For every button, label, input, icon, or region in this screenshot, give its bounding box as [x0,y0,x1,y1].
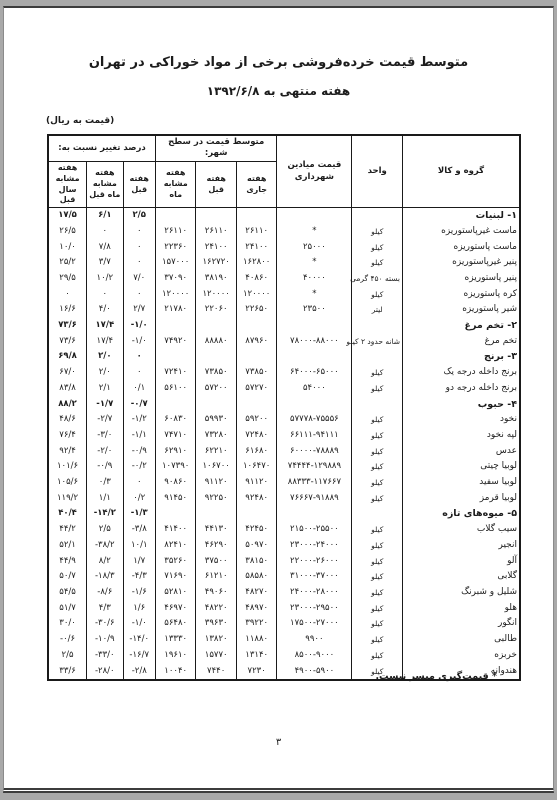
pct-prev-week-cell: -۴/۳ [123,569,155,585]
goods-name: لپه نخود [403,428,520,444]
pct-similar-year-cell: ۵۲/۱ [48,538,87,554]
item-row: انگورکیلو۱۷۵۰۰-۲۷۰۰۰۳۹۲۲۰۳۹۶۳۰۵۶۴۸۰-۱/۰-… [48,616,520,632]
goods-name: برنج داخله درجه یک [403,365,520,381]
similar-week-month-price-cell: ۵۲۸۱۰ [155,585,196,601]
pct-similar-year-cell: ۰ [48,287,87,303]
pct-similar-year-cell: ۴۴/۲ [48,522,87,538]
prev-week-price-cell [196,208,237,224]
similar-week-month-price-cell: ۱۲۰۰۰۰ [155,287,196,303]
municipal-squares-price-cell: ۶۶۱۱۱-۹۴۱۱۱ [277,428,352,444]
pct-similar-month-cell: -۲/۷ [87,412,123,428]
current-week-price-cell: ۱۳۱۴۰ [236,648,277,664]
similar-week-month-price-cell: ۷۲۴۱۰ [155,365,196,381]
goods-name: ۱- لبنیات [403,208,520,224]
similar-week-month-price-cell [155,506,196,522]
current-week-price-cell: ۸۷۹۶۰ [236,334,277,350]
prev-week-price-cell: ۶۲۲۱۰ [196,444,237,460]
pct-similar-month-cell: -۱۴/۲ [87,506,123,522]
pct-similar-month-cell: ۲/۰ [87,349,123,365]
municipal-squares-price-cell: ۷۴۴۴۴-۱۲۹۸۸۹ [277,459,352,475]
prev-week-price-cell: ۱۳۸۲۰ [196,632,237,648]
pct-similar-month-cell: -۳۸/۲ [87,538,123,554]
similar-week-month-price-cell [155,349,196,365]
municipal-squares-price-cell: ۲۱۵۰۰-۲۵۵۰۰ [277,522,352,538]
municipal-squares-price-cell: ۷۶۶۶۷-۹۱۸۸۹ [277,491,352,507]
pct-prev-week-cell: -۳/۸ [123,522,155,538]
unit-cell: کیلو [352,365,403,381]
item-row: کره پاستوریزهکیلو*۱۲۰۰۰۰۱۲۰۰۰۰۱۲۰۰۰۰۰۰۰ [48,287,520,303]
pct-similar-month-cell: ۰ [87,287,123,303]
goods-name: خربزه [403,648,520,664]
similar-week-month-price-cell: ۹۱۴۵۰ [155,491,196,507]
header-pct-prev-week: هفته قبل [123,161,155,207]
current-week-price-cell: ۲۲۶۵۰ [236,302,277,318]
current-week-price-cell: ۱۲۰۰۰۰ [236,287,277,303]
item-row: لوبیا سفیدکیلو۸۸۳۳۳-۱۱۷۶۶۷۹۱۱۲۰۹۱۱۲۰۹۰۸۶… [48,475,520,491]
similar-week-month-price-cell: ۳۷۰۹۰ [155,271,196,287]
municipal-squares-price-cell: ۲۵۰۰۰ [277,240,352,256]
municipal-squares-price-cell: ۷۸۰۰۰-۸۸۰۰۰ [277,334,352,350]
prev-week-price-cell: ۹۱۱۲۰ [196,475,237,491]
pct-similar-year-cell: ۳۰/۰ [48,616,87,632]
current-week-price-cell: ۷۲۳۰ [236,664,277,681]
goods-name: سیب گلاب [403,522,520,538]
unit-cell: شانه حدود ۲ کیلو [352,334,403,350]
prev-week-price-cell: ۳۹۶۳۰ [196,616,237,632]
prev-week-price-cell: ۸۸۸۸۰ [196,334,237,350]
pct-prev-week-cell: ۰ [123,349,155,365]
municipal-squares-price-cell: ۲۳۰۰۰-۲۴۰۰۰ [277,538,352,554]
header-group-goods: گروه و کالا [403,135,520,208]
unit-cell: کیلو [352,601,403,617]
unit-cell: کیلو [352,538,403,554]
pct-similar-year-cell: ۲۹/۵ [48,271,87,287]
similar-week-month-price-cell: ۹۰۸۶۰ [155,475,196,491]
pct-similar-month-cell: -۱۸/۳ [87,569,123,585]
item-row: سیب گلابکیلو۲۱۵۰۰-۲۵۵۰۰۴۲۴۵۰۴۴۱۳۰۴۱۴۰۰-۳… [48,522,520,538]
header-pct-change-group: درصد تغییر نسبت به: [48,135,155,161]
pct-similar-month-cell: ۰/۳ [87,475,123,491]
goods-name: انگور [403,616,520,632]
pct-prev-week-cell: ۰ [123,224,155,240]
pct-similar-month-cell: -۰/۹ [87,459,123,475]
pct-similar-year-cell: ۱۰۵/۶ [48,475,87,491]
goods-name: ۴- حبوب [403,397,520,413]
current-week-price-cell: ۷۲۴۸۰ [236,428,277,444]
prev-week-price-cell: ۴۹۰۶۰ [196,585,237,601]
goods-name: گلابی [403,569,520,585]
pct-similar-year-cell: ۱۶/۶ [48,302,87,318]
goods-name: هلو [403,601,520,617]
pct-similar-month-cell: ۷/۸ [87,240,123,256]
unit-cell: کیلو [352,648,403,664]
municipal-squares-price-cell: ۲۴۰۰۰-۲۸۰۰۰ [277,585,352,601]
current-week-price-cell: ۲۴۱۰۰ [236,240,277,256]
item-row: ماست غیرپاستوریزهکیلو*۲۶۱۱۰۲۶۱۱۰۲۶۱۱۰۰۰۲… [48,224,520,240]
pct-prev-week-cell: -۱/۶ [123,585,155,601]
pct-similar-month-cell: ۲/۵ [87,522,123,538]
current-week-price-cell: ۵۸۵۸۰ [236,569,277,585]
document-title: متوسط قیمت خرده‌فروشی برخی از مواد خوراک… [4,55,553,70]
municipal-squares-price-cell: ۸۵۰۰-۹۰۰۰ [277,648,352,664]
pct-similar-month-cell: ۸/۲ [87,554,123,570]
current-week-price-cell [236,208,277,224]
item-row: طالبیکیلو۹۹۰۰۱۱۸۸۰۱۳۸۲۰۱۳۳۳۰-۱۴/۰-۱۰/۹-۰… [48,632,520,648]
similar-week-month-price-cell: ۱۳۳۳۰ [155,632,196,648]
current-week-price-cell [236,397,277,413]
current-week-price-cell: ۷۳۸۵۰ [236,365,277,381]
unit-cell: کیلو [352,412,403,428]
municipal-squares-price-cell: ۱۷۵۰۰-۲۷۰۰۰ [277,616,352,632]
pct-prev-week-cell: ۰/۲ [123,491,155,507]
pct-prev-week-cell: -۱۴/۰ [123,632,155,648]
pct-similar-year-cell: ۸۸/۲ [48,397,87,413]
pct-similar-year-cell: ۷۳/۶ [48,334,87,350]
municipal-squares-price-cell: ۴۰۰۰۰ [277,271,352,287]
document-page: متوسط قیمت خرده‌فروشی برخی از مواد خوراک… [3,6,554,793]
pct-similar-month-cell: ۱۰/۲ [87,271,123,287]
goods-name: نخود [403,412,520,428]
pct-prev-week-cell: -۲/۸ [123,664,155,681]
municipal-squares-price-cell: ۸۸۳۳۳-۱۱۷۶۶۷ [277,475,352,491]
goods-name: ماست پاستوریزه [403,240,520,256]
item-row: برنج داخله درجه یککیلو۶۴۰۰۰-۶۵۰۰۰۷۳۸۵۰۷۳… [48,365,520,381]
similar-week-month-price-cell: ۶۰۸۳۰ [155,412,196,428]
similar-week-month-price-cell [155,318,196,334]
municipal-squares-price-cell: ۹۹۰۰ [277,632,352,648]
similar-week-month-price-cell: ۷۱۶۹۰ [155,569,196,585]
pct-prev-week-cell: ۱/۷ [123,554,155,570]
header-current-week: هفته جاری [236,161,277,207]
prev-week-price-cell: ۲۲۰۶۰ [196,302,237,318]
goods-name: انجیر [403,538,520,554]
municipal-squares-price-cell [277,397,352,413]
pct-similar-month-cell: ۱/۱ [87,491,123,507]
pct-similar-year-cell: ۷۶/۴ [48,428,87,444]
header-prev-week: هفته قبل [196,161,237,207]
current-week-price-cell: ۱۰۶۴۷۰ [236,459,277,475]
item-row: ماست پاستوریزهکیلو۲۵۰۰۰۲۴۱۰۰۲۴۱۰۰۲۲۳۶۰۰۷… [48,240,520,256]
municipal-squares-price-cell: * [277,255,352,271]
pct-similar-year-cell: ۲۵/۲ [48,255,87,271]
pct-similar-year-cell: ۵۴/۵ [48,585,87,601]
current-week-price-cell: ۴۸۲۷۰ [236,585,277,601]
header-pct-similar-week-prev-year: هفته مشابه سال قبل [48,161,87,207]
goods-name: ۵- میوه‌های تازه [403,506,520,522]
pct-similar-year-cell: ۳۳/۶ [48,664,87,681]
asterisk-footnote: * قیمت‌گیری میسر نیست. [375,671,497,682]
similar-week-month-price-cell: ۱۹۶۱۰ [155,648,196,664]
goods-name: لوبیا قرمز [403,491,520,507]
municipal-squares-price-cell [277,318,352,334]
prev-week-price-cell: ۳۸۱۹۰ [196,271,237,287]
prev-week-price-cell [196,506,237,522]
goods-name: آلو [403,554,520,570]
pct-similar-year-cell: ۱۰/۰ [48,240,87,256]
similar-week-month-price-cell [155,397,196,413]
pct-similar-month-cell: ۰ [87,224,123,240]
municipal-squares-price-cell: ۲۳۰۰۰-۲۹۵۰۰ [277,601,352,617]
pct-prev-week-cell: -۱/۰ [123,318,155,334]
pct-similar-month-cell: ۲/۰ [87,365,123,381]
pct-prev-week-cell: -۱/۲ [123,412,155,428]
prev-week-price-cell: ۲۶۱۱۰ [196,224,237,240]
similar-week-month-price-cell: ۳۵۲۶۰ [155,554,196,570]
municipal-squares-price-cell: ۲۳۵۰۰ [277,302,352,318]
prev-week-price-cell: ۶۱۲۱۰ [196,569,237,585]
pct-similar-year-cell: ۵۱/۷ [48,601,87,617]
section-row: ۵- میوه‌های تازه-۱/۳-۱۴/۲۴۰/۴ [48,506,520,522]
goods-name: لوبیا سفید [403,475,520,491]
unit-cell [352,208,403,224]
goods-name: برنج داخله درجه دو [403,381,520,397]
current-week-price-cell: ۴۲۴۵۰ [236,522,277,538]
similar-week-month-price-cell: ۱۰۷۳۹۰ [155,459,196,475]
goods-name: ماست غیرپاستوریزه [403,224,520,240]
pct-prev-week-cell: ۰ [123,287,155,303]
unit-cell: کیلو [352,475,403,491]
pct-similar-month-cell: -۲۸/۰ [87,664,123,681]
pct-prev-week-cell: -۱/۰ [123,616,155,632]
unit-cell: کیلو [352,381,403,397]
similar-week-month-price-cell [155,208,196,224]
pct-prev-week-cell: ۲/۷ [123,302,155,318]
municipal-squares-price-cell [277,349,352,365]
scanned-report-background: { "page": { "title_line1": "متوسط قیمت خ… [0,0,557,800]
prev-week-price-cell: ۱۵۷۷۰ [196,648,237,664]
pct-prev-week-cell: -۰/۷ [123,397,155,413]
prev-week-price-cell [196,397,237,413]
goods-name: لوبیا چیتی [403,459,520,475]
price-unit-note: (قیمت به ریال) [46,116,114,126]
current-week-price-cell: ۴۰۸۶۰ [236,271,277,287]
item-row: شیر پاستوریزهلیتر۲۳۵۰۰۲۲۶۵۰۲۲۰۶۰۲۱۷۸۰۲/۷… [48,302,520,318]
current-week-price-cell: ۱۶۲۸۰۰ [236,255,277,271]
section-row: ۲- تخم مرغ-۱/۰۱۷/۴۷۳/۶ [48,318,520,334]
item-row: لوبیا چیتیکیلو۷۴۴۴۴-۱۲۹۸۸۹۱۰۶۴۷۰۱۰۶۷۰۰۱۰… [48,459,520,475]
pct-similar-month-cell: ۴/۳ [87,601,123,617]
municipal-squares-price-cell: * [277,287,352,303]
similar-week-month-price-cell: ۶۲۹۱۰ [155,444,196,460]
pct-prev-week-cell: ۱۰/۱ [123,538,155,554]
pct-similar-year-cell: ۴۰/۴ [48,506,87,522]
pct-similar-year-cell: ۱۷/۵ [48,208,87,224]
current-week-price-cell: ۲۶۱۱۰ [236,224,277,240]
pct-prev-week-cell: -۱/۰ [123,334,155,350]
pct-similar-year-cell: ۵۰/۷ [48,569,87,585]
section-row: ۳- برنج۰۲/۰۶۹/۸ [48,349,520,365]
unit-cell: کیلو [352,428,403,444]
current-week-price-cell: ۴۸۹۷۰ [236,601,277,617]
pct-similar-month-cell: ۱۷/۴ [87,318,123,334]
pct-similar-year-cell: ۶۷/۰ [48,365,87,381]
similar-week-month-price-cell: ۴۱۴۰۰ [155,522,196,538]
unit-cell [352,506,403,522]
pct-prev-week-cell: ۰ [123,240,155,256]
pct-prev-week-cell: ۰/۱ [123,381,155,397]
current-week-price-cell: ۵۰۹۷۰ [236,538,277,554]
document-subtitle-week: هفته منتهی به ۱۳۹۲/۶/۸ [4,84,553,98]
pct-similar-month-cell: ۱۷/۴ [87,334,123,350]
unit-cell: کیلو [352,240,403,256]
similar-week-month-price-cell: ۷۴۹۲۰ [155,334,196,350]
similar-week-month-price-cell: ۵۶۴۸۰ [155,616,196,632]
similar-week-month-price-cell: ۷۴۷۱۰ [155,428,196,444]
pct-similar-year-cell: ۲/۵ [48,648,87,664]
unit-cell: کیلو [352,491,403,507]
prev-week-price-cell: ۷۳۸۵۰ [196,365,237,381]
prev-week-price-cell [196,349,237,365]
pct-similar-month-cell: -۳۰/۶ [87,616,123,632]
pct-prev-week-cell: -۰/۲ [123,459,155,475]
pct-similar-year-cell: ۱۰۱/۶ [48,459,87,475]
current-week-price-cell: ۳۹۲۲۰ [236,616,277,632]
item-row: پنیر پاستوریزهبسته ۴۵۰ گرمی۴۰۰۰۰۴۰۸۶۰۳۸۱… [48,271,520,287]
pct-similar-month-cell: -۸/۶ [87,585,123,601]
item-row: آلوکیلو۲۲۰۰۰-۲۶۰۰۰۳۸۱۵۰۳۷۵۰۰۳۵۲۶۰۱/۷۸/۲۴… [48,554,520,570]
current-week-price-cell [236,506,277,522]
item-row: شلیل و شبرنگکیلو۲۴۰۰۰-۲۸۰۰۰۴۸۲۷۰۴۹۰۶۰۵۲۸… [48,585,520,601]
current-week-price-cell: ۵۷۲۷۰ [236,381,277,397]
current-week-price-cell: ۱۱۸۸۰ [236,632,277,648]
pct-similar-year-cell: ۹۲/۴ [48,444,87,460]
prev-week-price-cell: ۷۳۲۸۰ [196,428,237,444]
unit-cell [352,318,403,334]
prev-week-price-cell: ۲۴۱۰۰ [196,240,237,256]
current-week-price-cell: ۶۱۶۸۰ [236,444,277,460]
item-row: عدسکیلو۶۰۰۰۰-۷۸۸۸۹۶۱۶۸۰۶۲۲۱۰۶۲۹۱۰-۰/۹-۲/… [48,444,520,460]
pct-prev-week-cell: ۰ [123,475,155,491]
pct-similar-month-cell: -۳۳/۰ [87,648,123,664]
unit-cell: کیلو [352,522,403,538]
municipal-squares-price-cell [277,506,352,522]
similar-week-month-price-cell: ۲۶۱۱۰ [155,224,196,240]
current-week-price-cell: ۵۹۲۰۰ [236,412,277,428]
unit-cell: کیلو [352,224,403,240]
pct-prev-week-cell: ۷/۰ [123,271,155,287]
prev-week-price-cell: ۴۸۲۲۰ [196,601,237,617]
pct-prev-week-cell: -۱/۳ [123,506,155,522]
header-unit: واحد [352,135,403,208]
prev-week-price-cell: ۴۴۱۳۰ [196,522,237,538]
prev-week-price-cell: ۱۲۰۰۰۰ [196,287,237,303]
similar-week-month-price-cell: ۲۲۳۶۰ [155,240,196,256]
pct-prev-week-cell: -۱۶/۷ [123,648,155,664]
item-row: لوبیا قرمزکیلو۷۶۶۶۷-۹۱۸۸۹۹۲۴۸۰۹۲۲۵۰۹۱۴۵۰… [48,491,520,507]
municipal-squares-price-cell: * [277,224,352,240]
unit-cell: کیلو [352,585,403,601]
pct-prev-week-cell: -۰/۹ [123,444,155,460]
pct-similar-year-cell: ۸۳/۸ [48,381,87,397]
item-row: پنیر غیرپاستوریزهکیلو*۱۶۲۸۰۰۱۶۲۷۲۰۱۵۷۰۰۰… [48,255,520,271]
similar-week-month-price-cell: ۵۶۱۰۰ [155,381,196,397]
item-row: نخودکیلو۵۷۷۷۸-۷۵۵۵۶۵۹۲۰۰۵۹۹۳۰۶۰۸۳۰-۱/۲-۲… [48,412,520,428]
goods-name: طالبی [403,632,520,648]
goods-name: تخم مرغ [403,334,520,350]
pct-similar-month-cell: ۴/۰ [87,302,123,318]
header-municipal-squares-price: قیمت میادین شهرداری [277,135,352,208]
unit-cell [352,349,403,365]
pct-similar-month-cell: -۳/۰ [87,428,123,444]
item-row: لپه نخودکیلو۶۶۱۱۱-۹۴۱۱۱۷۲۴۸۰۷۳۲۸۰۷۴۷۱۰-۱… [48,428,520,444]
current-week-price-cell: ۹۲۴۸۰ [236,491,277,507]
pct-similar-month-cell: -۱/۷ [87,397,123,413]
pct-similar-year-cell: ۴۸/۶ [48,412,87,428]
pct-similar-year-cell: ۲۶/۵ [48,224,87,240]
prev-week-price-cell: ۱۶۲۷۲۰ [196,255,237,271]
section-row: ۴- حبوب-۰/۷-۱/۷۸۸/۲ [48,397,520,413]
pct-similar-year-cell: ۱۱۹/۲ [48,491,87,507]
goods-name: پنیر پاستوریزه [403,271,520,287]
current-week-price-cell: ۳۸۱۵۰ [236,554,277,570]
municipal-squares-price-cell [277,208,352,224]
price-table: گروه و کالا واحد قیمت میادین شهرداری متو… [47,134,521,681]
pct-similar-month-cell: ۶/۱ [87,208,123,224]
goods-name: شیر پاستوریزه [403,302,520,318]
similar-week-month-price-cell: ۴۶۹۷۰ [155,601,196,617]
prev-week-price-cell [196,318,237,334]
unit-cell: کیلو [352,569,403,585]
prev-week-price-cell: ۹۲۲۵۰ [196,491,237,507]
prev-week-price-cell: ۱۰۶۷۰۰ [196,459,237,475]
prev-week-price-cell: ۴۶۲۹۰ [196,538,237,554]
similar-week-month-price-cell: ۲۱۷۸۰ [155,302,196,318]
current-week-price-cell [236,318,277,334]
pct-similar-year-cell: ۴۴/۹ [48,554,87,570]
pct-prev-week-cell: ۰ [123,255,155,271]
unit-cell: کیلو [352,255,403,271]
unit-cell: کیلو [352,459,403,475]
goods-name: پنیر غیرپاستوریزه [403,255,520,271]
prev-week-price-cell: ۳۷۵۰۰ [196,554,237,570]
item-row: تخم مرغشانه حدود ۲ کیلو۷۸۰۰۰-۸۸۰۰۰۸۷۹۶۰۸… [48,334,520,350]
pct-similar-year-cell: ۶۹/۸ [48,349,87,365]
goods-name: شلیل و شبرنگ [403,585,520,601]
municipal-squares-price-cell: ۲۲۰۰۰-۲۶۰۰۰ [277,554,352,570]
municipal-squares-price-cell: ۶۰۰۰۰-۷۸۸۸۹ [277,444,352,460]
item-row: هلوکیلو۲۳۰۰۰-۲۹۵۰۰۴۸۹۷۰۴۸۲۲۰۴۶۹۷۰۱/۶۴/۳۵… [48,601,520,617]
goods-name: عدس [403,444,520,460]
similar-week-month-price-cell: ۱۵۷۰۰۰ [155,255,196,271]
similar-week-month-price-cell: ۸۲۴۱۰ [155,538,196,554]
pct-similar-year-cell: ۷۳/۶ [48,318,87,334]
goods-name: کره پاستوریزه [403,287,520,303]
municipal-squares-price-cell: ۴۹۰۰-۵۹۰۰ [277,664,352,681]
pct-prev-week-cell: -۱/۱ [123,428,155,444]
prev-week-price-cell: ۵۷۲۰۰ [196,381,237,397]
pct-prev-week-cell: ۱/۶ [123,601,155,617]
unit-cell: کیلو [352,444,403,460]
header-avg-city-price-group: متوسط قیمت در سطح شهر: [155,135,277,161]
similar-week-month-price-cell: ۱۰۰۴۰ [155,664,196,681]
pct-prev-week-cell: ۰ [123,365,155,381]
current-week-price-cell [236,349,277,365]
municipal-squares-price-cell: ۵۴۰۰۰ [277,381,352,397]
table-body: ۱- لبنیات۲/۵۶/۱۱۷/۵ماست غیرپاستوریزهکیلو… [48,208,520,681]
item-row: برنج داخله درجه دوکیلو۵۴۰۰۰۵۷۲۷۰۵۷۲۰۰۵۶۱… [48,381,520,397]
current-week-price-cell: ۹۱۱۲۰ [236,475,277,491]
unit-cell [352,397,403,413]
section-row: ۱- لبنیات۲/۵۶/۱۱۷/۵ [48,208,520,224]
municipal-squares-price-cell: ۳۱۰۰۰-۳۷۰۰۰ [277,569,352,585]
pct-similar-month-cell: -۲/۰ [87,444,123,460]
unit-cell: کیلو [352,554,403,570]
prev-week-price-cell: ۵۹۹۳۰ [196,412,237,428]
unit-cell: کیلو [352,287,403,303]
unit-cell: کیلو [352,616,403,632]
pct-similar-year-cell: -۰/۶ [48,632,87,648]
unit-cell: کیلو [352,632,403,648]
